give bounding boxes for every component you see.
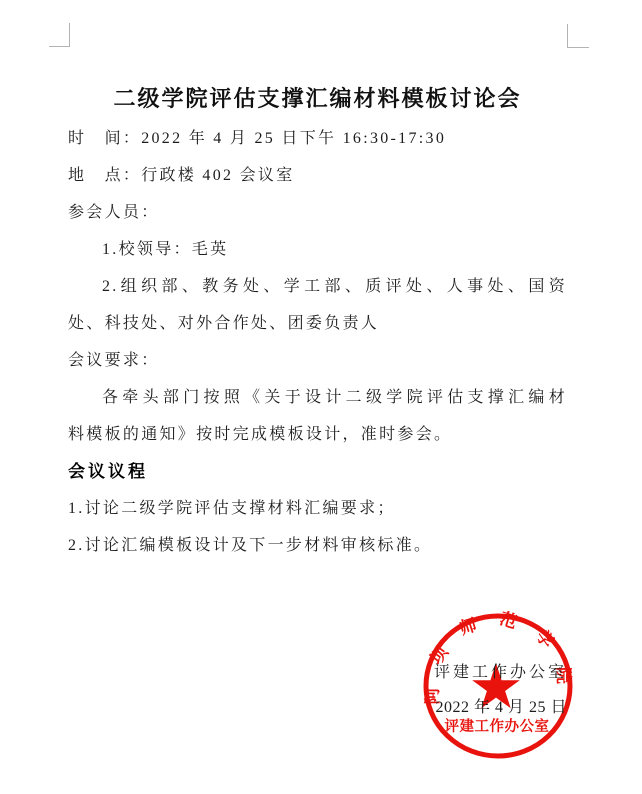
line-agenda-heading: 会议议程 xyxy=(68,453,567,490)
line-agenda-2: 2.讨论汇编模板设计及下一步材料审核标准。 xyxy=(68,527,567,564)
official-seal-stamp: 阿坝师范学院 评建工作办公室 xyxy=(420,609,578,761)
line-agenda-1: 1.讨论二级学院评估支撑材料汇编要求； xyxy=(68,490,567,527)
line-meeting-time: 时 间：2022 年 4 月 25 日下午 16:30-17:30 xyxy=(68,120,567,157)
line-attendees-2a: 2.组织部、教务处、学工部、质评处、人事处、国资 xyxy=(68,268,567,305)
document-page: 二级学院评估支撑汇编材料模板讨论会 时 间：2022 年 4 月 25 日下午 … xyxy=(0,0,642,794)
signature-office-name: 评建工作办公室 xyxy=(434,659,567,682)
signature-date: 2022 年 4 月 25 日 xyxy=(435,694,567,717)
line-attendees-label: 参会人员： xyxy=(68,194,567,231)
line-requirements-a: 各牵头部门按照《关于设计二级学院评估支撑汇编材 xyxy=(68,379,567,416)
line-attendees-1: 1.校领导：毛英 xyxy=(68,231,567,268)
crop-mark-top-right xyxy=(567,24,589,48)
line-requirements-label: 会议要求： xyxy=(68,342,567,379)
crop-mark-top-left xyxy=(49,23,70,47)
document-body: 时 间：2022 年 4 月 25 日下午 16:30-17:30 地 点：行政… xyxy=(68,120,567,564)
line-attendees-2b: 处、科技处、对外合作处、团委负责人 xyxy=(68,305,567,342)
document-title: 二级学院评估支撑汇编材料模板讨论会 xyxy=(68,82,567,113)
line-meeting-place: 地 点：行政楼 402 会议室 xyxy=(68,157,567,194)
seal-banner-text: 评建工作办公室 xyxy=(445,717,550,735)
line-requirements-b: 料模板的通知》按时完成模板设计，准时参会。 xyxy=(68,416,567,453)
